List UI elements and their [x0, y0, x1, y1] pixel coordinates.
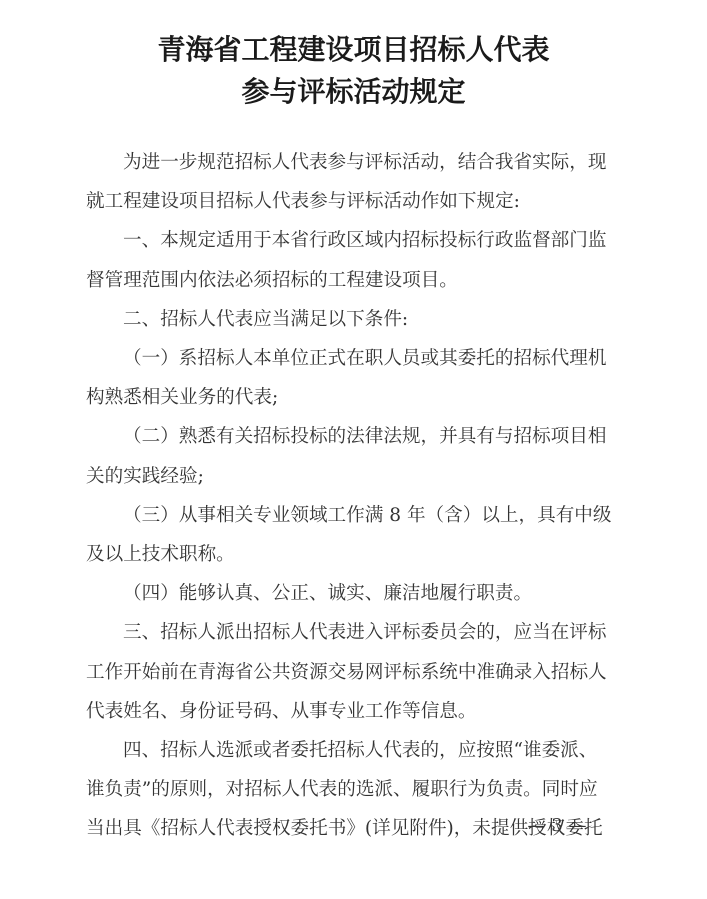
- body-text-line: 一、本规定适用于本省行政区域内招标投标行政监督部门监: [123, 229, 620, 253]
- body-text-line: 为进一步规范招标人代表参与评标活动，结合我省实际，现: [123, 151, 620, 175]
- body-text-line: 四、招标人选派或者委托招标人代表的，应按照“谁委派、: [123, 739, 620, 763]
- body-text-line: 构熟悉相关业务的代表;: [86, 386, 620, 410]
- body-text-line: 三、招标人派出招标人代表进入评标委员会的，应当在评标: [123, 621, 620, 645]
- body-text-line: （三）从事相关专业领域工作满 8 年（含）以上，具有中级: [123, 504, 620, 528]
- body-text-line: 督管理范围内依法必须招标的工程建设项目。: [86, 269, 620, 293]
- body-text-line: 代表姓名、身份证号码、从事专业工作等信息。: [86, 700, 620, 724]
- document-title-line-2: 参与评标活动规定: [0, 74, 707, 110]
- body-text-line: 关的实践经验;: [86, 465, 620, 489]
- body-text-line: 工作开始前在青海省公共资源交易网评标系统中准确录入招标人: [86, 661, 620, 685]
- document-title-line-1: 青海省工程建设项目招标人代表: [0, 32, 707, 68]
- body-text-line: （一）系招标人本单位正式在职人员或其委托的招标代理机: [123, 347, 620, 371]
- page-number: — 3 —: [525, 814, 589, 838]
- body-text-line: （四）能够认真、公正、诚实、廉洁地履行职责。: [123, 582, 620, 606]
- body-text-line: 谁负责”的原则，对招标人代表的选派、履职行为负责。同时应: [86, 778, 620, 802]
- body-text-line: 二、招标人代表应当满足以下条件:: [123, 308, 620, 332]
- body-text-line: 就工程建设项目招标人代表参与评标活动作如下规定:: [86, 190, 620, 214]
- body-text-line: （二）熟悉有关招标投标的法律法规，并具有与招标项目相: [123, 425, 620, 449]
- body-text-line: 及以上技术职称。: [86, 543, 620, 567]
